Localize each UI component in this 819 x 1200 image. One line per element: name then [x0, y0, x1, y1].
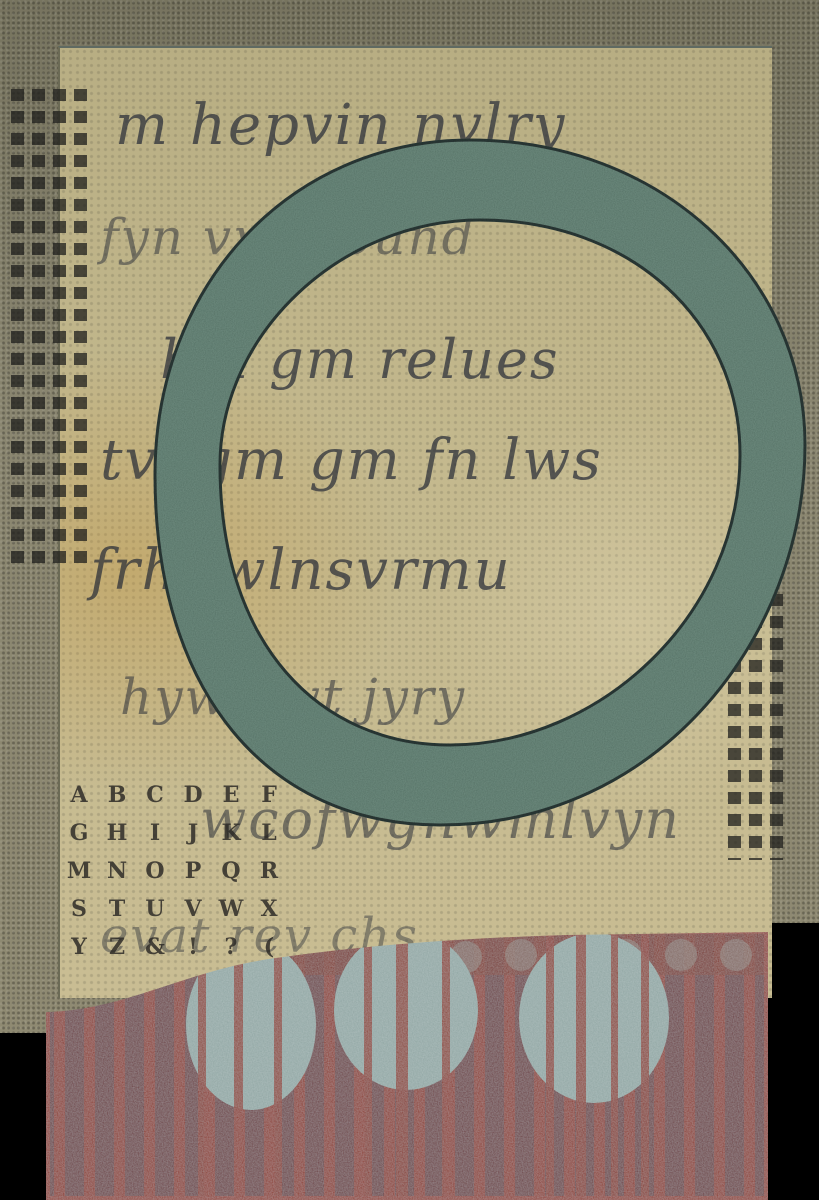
stamp-letter: N — [98, 858, 136, 896]
stamp-letter: E — [212, 782, 250, 820]
black-background-notch — [768, 923, 819, 1033]
stamp-letter: D — [174, 782, 212, 820]
stamp-letter: A — [60, 782, 98, 820]
stamp-letter: X — [250, 896, 288, 934]
stamp-letter: K — [212, 820, 250, 858]
stamp-letter: T — [98, 896, 136, 934]
stamp-letter: J — [174, 820, 212, 858]
stamp-letter: B — [98, 782, 136, 820]
stamp-letter: S — [60, 896, 98, 934]
stamp-letter: U — [136, 896, 174, 934]
stamp-letter: L — [250, 820, 288, 858]
stamp-letter: V — [174, 896, 212, 934]
stamp-letter: I — [136, 820, 174, 858]
stamp-letter: H — [98, 820, 136, 858]
stamp-letter: O — [136, 858, 174, 896]
stamped-grid-left — [8, 85, 98, 565]
stamp-letter: M — [60, 858, 98, 896]
stamp-letter: Q — [212, 858, 250, 896]
stamp-letter: G — [60, 820, 98, 858]
stamp-letter: W — [212, 896, 250, 934]
red-striped-panel — [46, 930, 768, 1200]
green-ring — [140, 135, 810, 835]
stamp-letter: R — [250, 858, 288, 896]
stamp-letter: C — [136, 782, 174, 820]
stamp-letter: F — [250, 782, 288, 820]
stamp-letter: P — [174, 858, 212, 896]
